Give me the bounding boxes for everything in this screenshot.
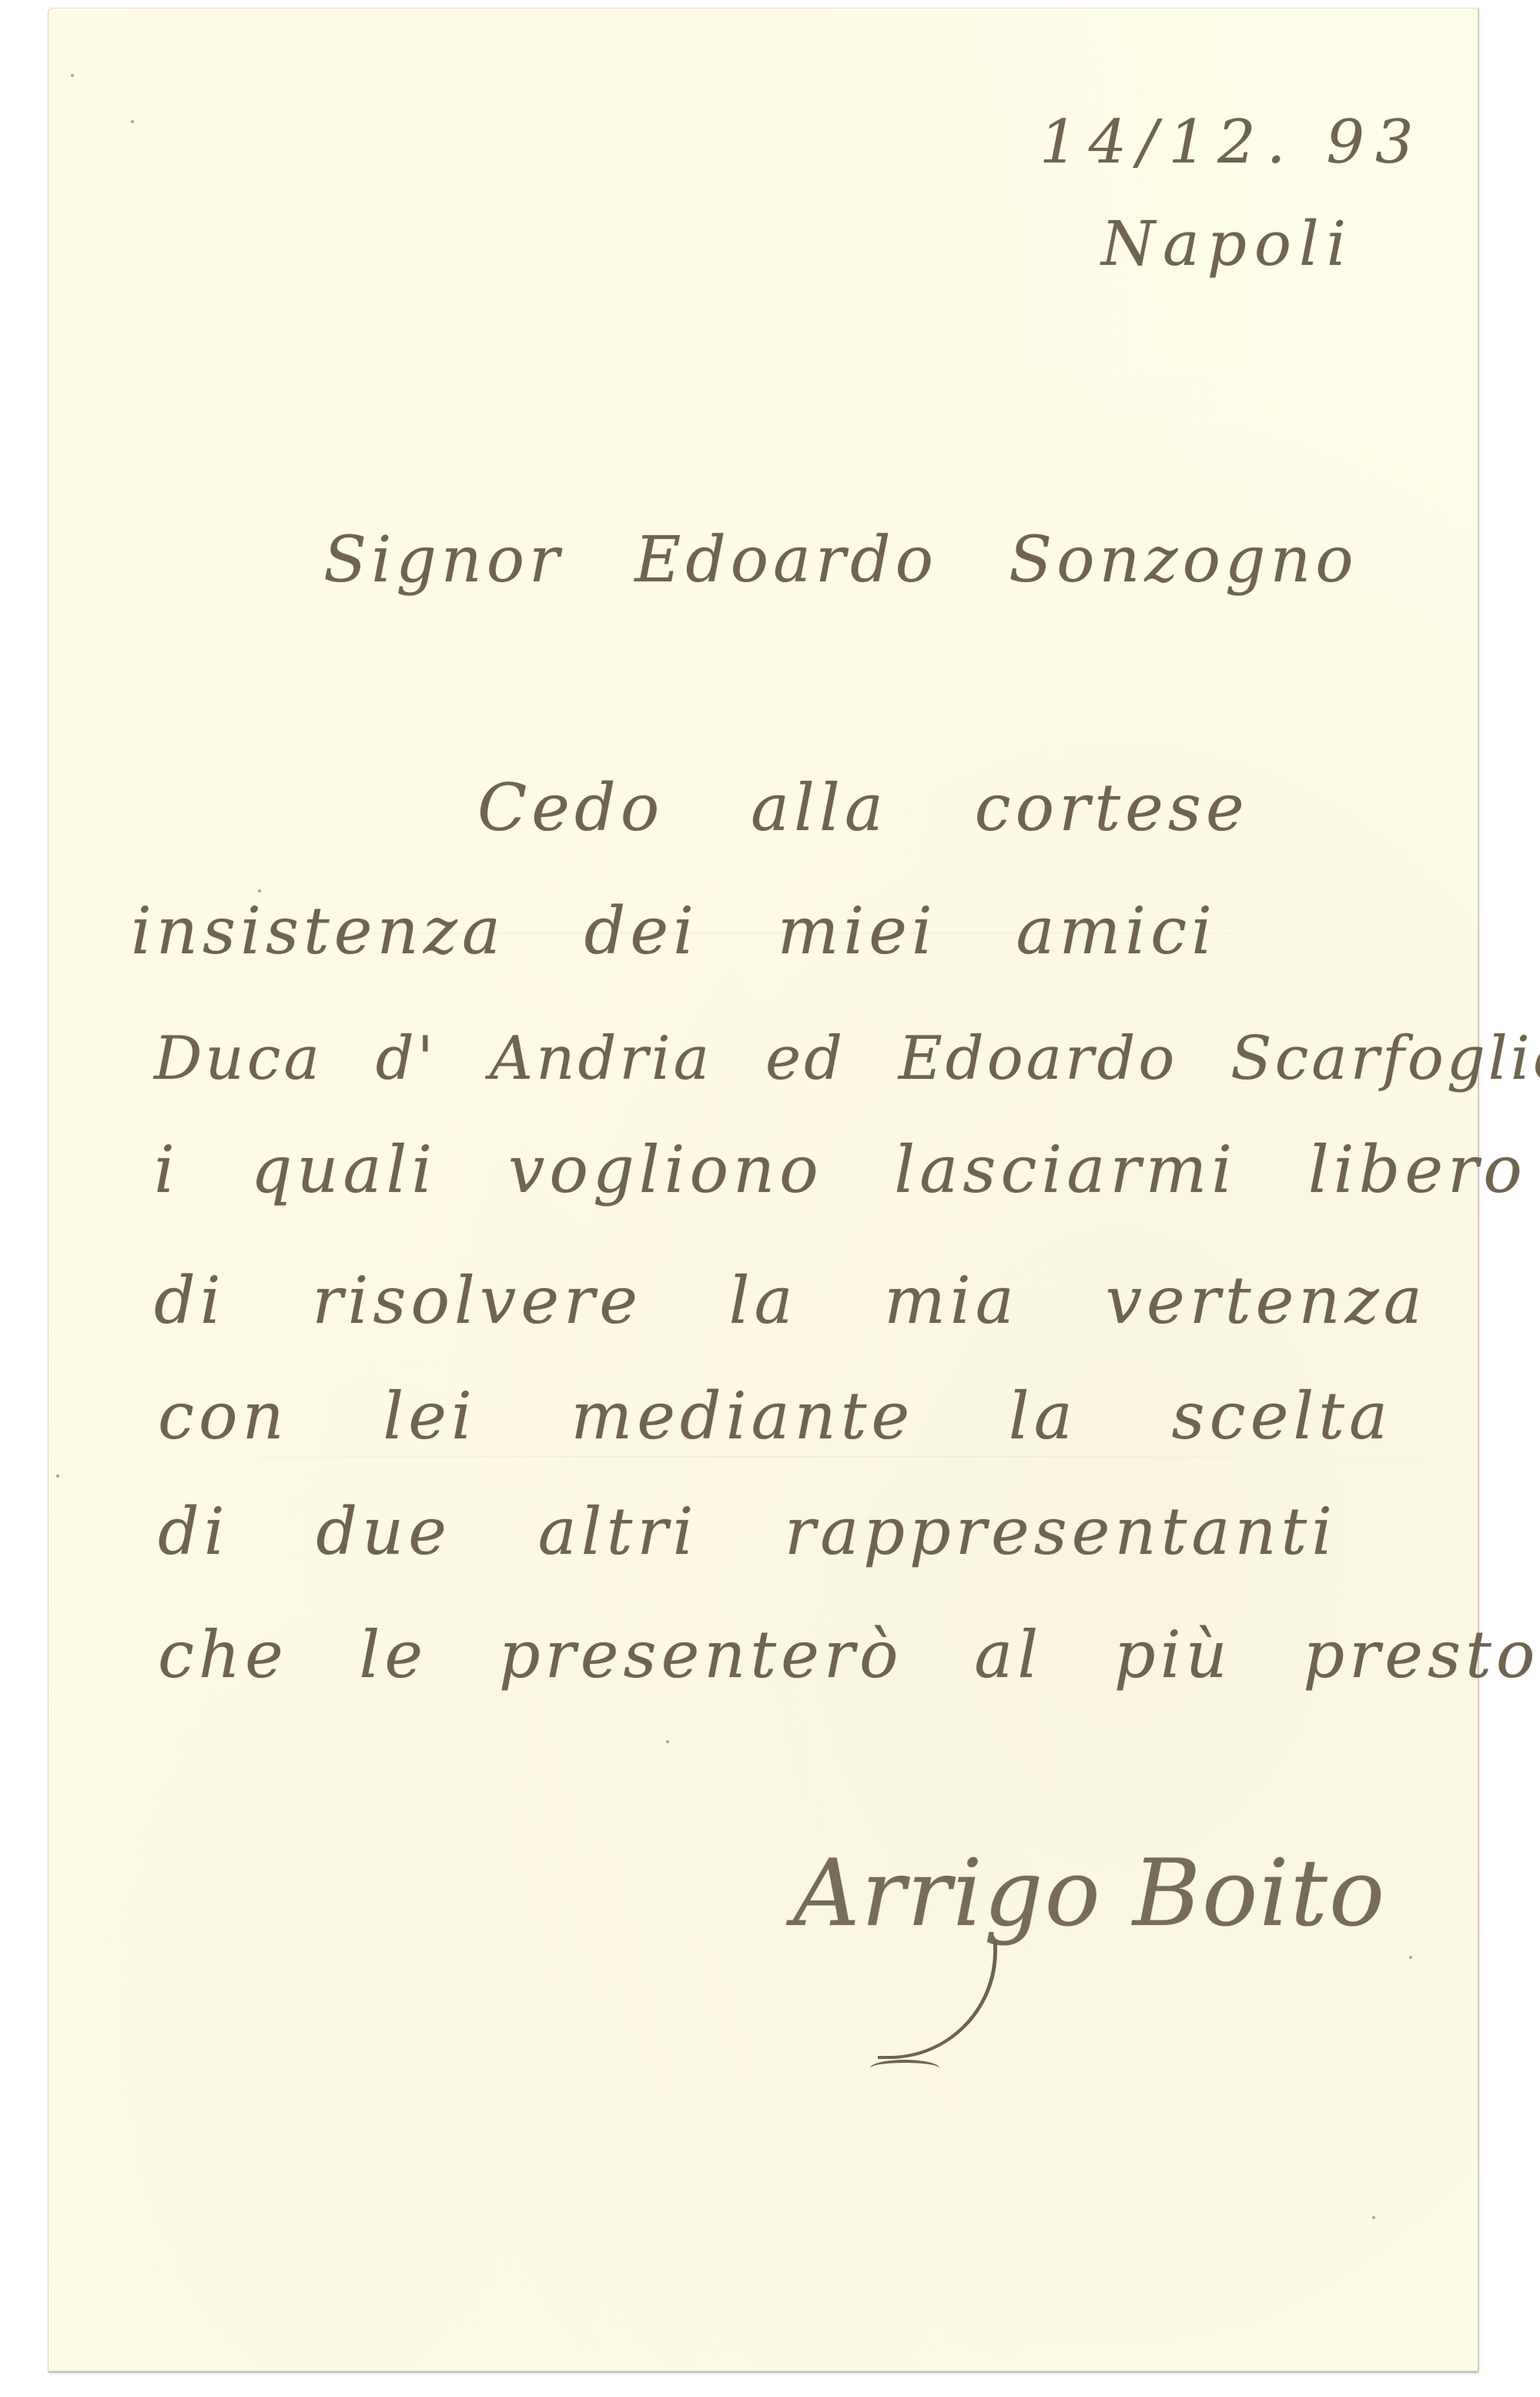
body-line: Cedo alla cortese [477,770,1249,845]
paper-speck [258,889,261,892]
body-line: Duca d' Andria ed Edoardo Scarfoglio [154,1024,1540,1093]
paper-speck [71,74,74,77]
body-line: i quali vogliono lasciarmi libero [154,1132,1527,1207]
body-line: di due altri rappresentanti [158,1494,1337,1569]
paper-speck [56,1475,59,1478]
body-line: insistenza dei miei amici [131,893,1217,969]
paper-speck [666,1740,669,1743]
signature-underline-icon [870,2060,939,2077]
paper-speck [1409,1956,1412,1959]
signature: Arrigo Boito [793,1840,1386,1947]
body-line: con lei mediante la scelta [158,1378,1392,1454]
paper-speck [131,120,134,123]
letter-salutation: Signor Edoardo Sonzogno [323,524,1358,597]
body-line: che le presenterò al più presto. [158,1617,1540,1692]
paper-speck [1372,2216,1375,2219]
letter-date: 14/12. 93 [1039,108,1424,177]
body-line: di risolvere la mia vertenza [154,1263,1427,1338]
letter-place: Napoli [1101,208,1354,280]
paper-fold-crease [49,1456,1478,1458]
